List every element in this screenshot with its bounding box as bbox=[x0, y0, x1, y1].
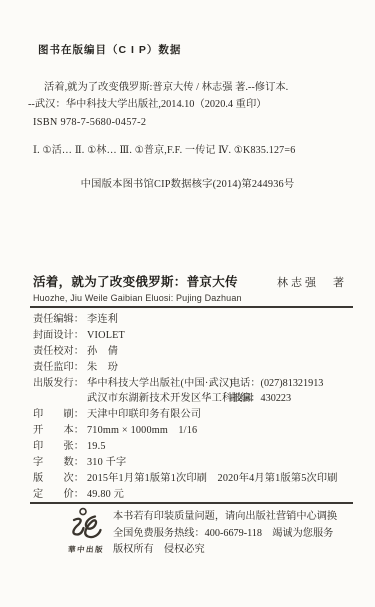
colophon-row: 封面设计：VIOLET bbox=[33, 328, 358, 344]
colophon-label: 开 本： bbox=[33, 423, 87, 439]
colophon-row: 字 数：310 千字 bbox=[33, 455, 358, 471]
colophon-row: 印 刷：天津中印联印务有限公司 bbox=[33, 407, 358, 423]
colophon-label: 责任监印： bbox=[33, 360, 87, 376]
hotline-note: 全国免费服务热线：400-6679-118 竭诚为您服务 bbox=[113, 526, 337, 543]
colophon-row: 印 张：19.5 bbox=[33, 439, 358, 455]
footer-notes: 本书若有印装质量问题，请向出版社营销中心调换 全国免费服务热线：400-6679… bbox=[113, 509, 337, 559]
colophon-value: 华中科技大学出版社(中国·武汉) bbox=[87, 378, 233, 389]
book-title-pinyin: Huozhe, Jiu Weile Gaibian Eluosi: Pujing… bbox=[33, 293, 242, 303]
cip-record-number: 中国版本图书馆CIP数据核字(2014)第244936号 bbox=[0, 175, 375, 190]
colophon-row: 责任校对：孙 倩 bbox=[33, 344, 358, 360]
quality-note: 本书若有印装质量问题，请向出版社营销中心调换 bbox=[113, 509, 337, 526]
colophon-value: VIOLET bbox=[87, 330, 125, 341]
colophon-label: 定 价： bbox=[33, 487, 87, 503]
colophon-label: 责任校对： bbox=[33, 344, 87, 360]
book-author: 林志强 著 bbox=[277, 274, 347, 290]
colophon-value: 孙 倩 bbox=[87, 346, 118, 357]
colophon-label: 印 张： bbox=[33, 439, 87, 455]
colophon-label: 版 次： bbox=[33, 471, 87, 487]
colophon-extra: 邮编：430223 bbox=[230, 391, 291, 407]
colophon-value: 310 千字 bbox=[87, 457, 126, 468]
colophon-value: 天津中印联印务有限公司 bbox=[87, 409, 201, 420]
colophon-row: 责任监印：朱 玢 bbox=[33, 360, 358, 376]
colophon-value: 49.80 元 bbox=[87, 489, 124, 500]
cip-heading: 图书在版编目（C I P）数据 bbox=[38, 42, 181, 57]
colophon-label: 责任编辑： bbox=[33, 312, 87, 328]
colophon-row: 出版发行：华中科技大学出版社(中国·武汉)电话：(027)81321913 bbox=[33, 376, 358, 392]
cip-entry-line1: 活着,就为了改变俄罗斯:普京大传 / 林志强 著.--修订本. bbox=[28, 79, 358, 96]
classification-line: Ⅰ. ①活… Ⅱ. ①林… Ⅲ. ①普京,F.F. 一传记 Ⅳ. ①K835.1… bbox=[33, 141, 295, 156]
colophon-row: 责任编辑：李连利 bbox=[33, 312, 358, 328]
colophon-value: 710mm × 1000mm 1/16 bbox=[87, 425, 197, 436]
colophon-value: 19.5 bbox=[87, 441, 106, 452]
isbn-line: ISBN 978-7-5680-0457-2 bbox=[33, 117, 146, 128]
colophon-row: 武汉市东湖新技术开发区华工科技园邮编：430223 bbox=[33, 391, 358, 407]
title-rule bbox=[30, 306, 353, 308]
footer-rule bbox=[30, 502, 353, 504]
colophon-value: 朱 玢 bbox=[87, 362, 118, 373]
colophon-value: 2015年1月第1版第1次印刷 2020年4月第1版第5次印刷 bbox=[87, 473, 338, 484]
publisher-logo: 華中出版 bbox=[56, 507, 116, 555]
colophon-label: 封面设计： bbox=[33, 328, 87, 344]
colophon-value: 武汉市东湖新技术开发区华工科技园 bbox=[87, 393, 253, 404]
publisher-logo-icon bbox=[62, 507, 110, 543]
book-copyright-page: 图书在版编目（C I P）数据 活着,就为了改变俄罗斯:普京大传 / 林志强 著… bbox=[0, 0, 375, 607]
publisher-logo-caption: 華中出版 bbox=[55, 544, 116, 555]
cip-entry-line2: --武汉：华中科技大学出版社,2014.10（2020.4 重印） bbox=[28, 96, 358, 113]
colophon-row: 定 价：49.80 元 bbox=[33, 487, 358, 503]
colophon-label: 印 刷： bbox=[33, 407, 87, 423]
colophon-row: 开 本：710mm × 1000mm 1/16 bbox=[33, 423, 358, 439]
book-title: 活着，就为了改变俄罗斯：普京大传 bbox=[33, 272, 238, 290]
cip-entry: 活着,就为了改变俄罗斯:普京大传 / 林志强 著.--修订本. --武汉：华中科… bbox=[28, 79, 358, 113]
colophon-row: 版 次：2015年1月第1版第1次印刷 2020年4月第1版第5次印刷 bbox=[33, 471, 358, 487]
colophon-label: 字 数： bbox=[33, 455, 87, 471]
colophon-value: 李连利 bbox=[87, 314, 118, 325]
copyright-note: 版权所有 侵权必究 bbox=[113, 542, 337, 559]
colophon-rows: 责任编辑：李连利封面设计：VIOLET责任校对：孙 倩责任监印：朱 玢出版发行：… bbox=[33, 312, 358, 503]
title-row: 活着，就为了改变俄罗斯：普京大传 林志强 著 bbox=[33, 272, 347, 290]
colophon-label: 出版发行： bbox=[33, 376, 87, 392]
colophon-extra: 电话：(027)81321913 bbox=[230, 376, 323, 392]
